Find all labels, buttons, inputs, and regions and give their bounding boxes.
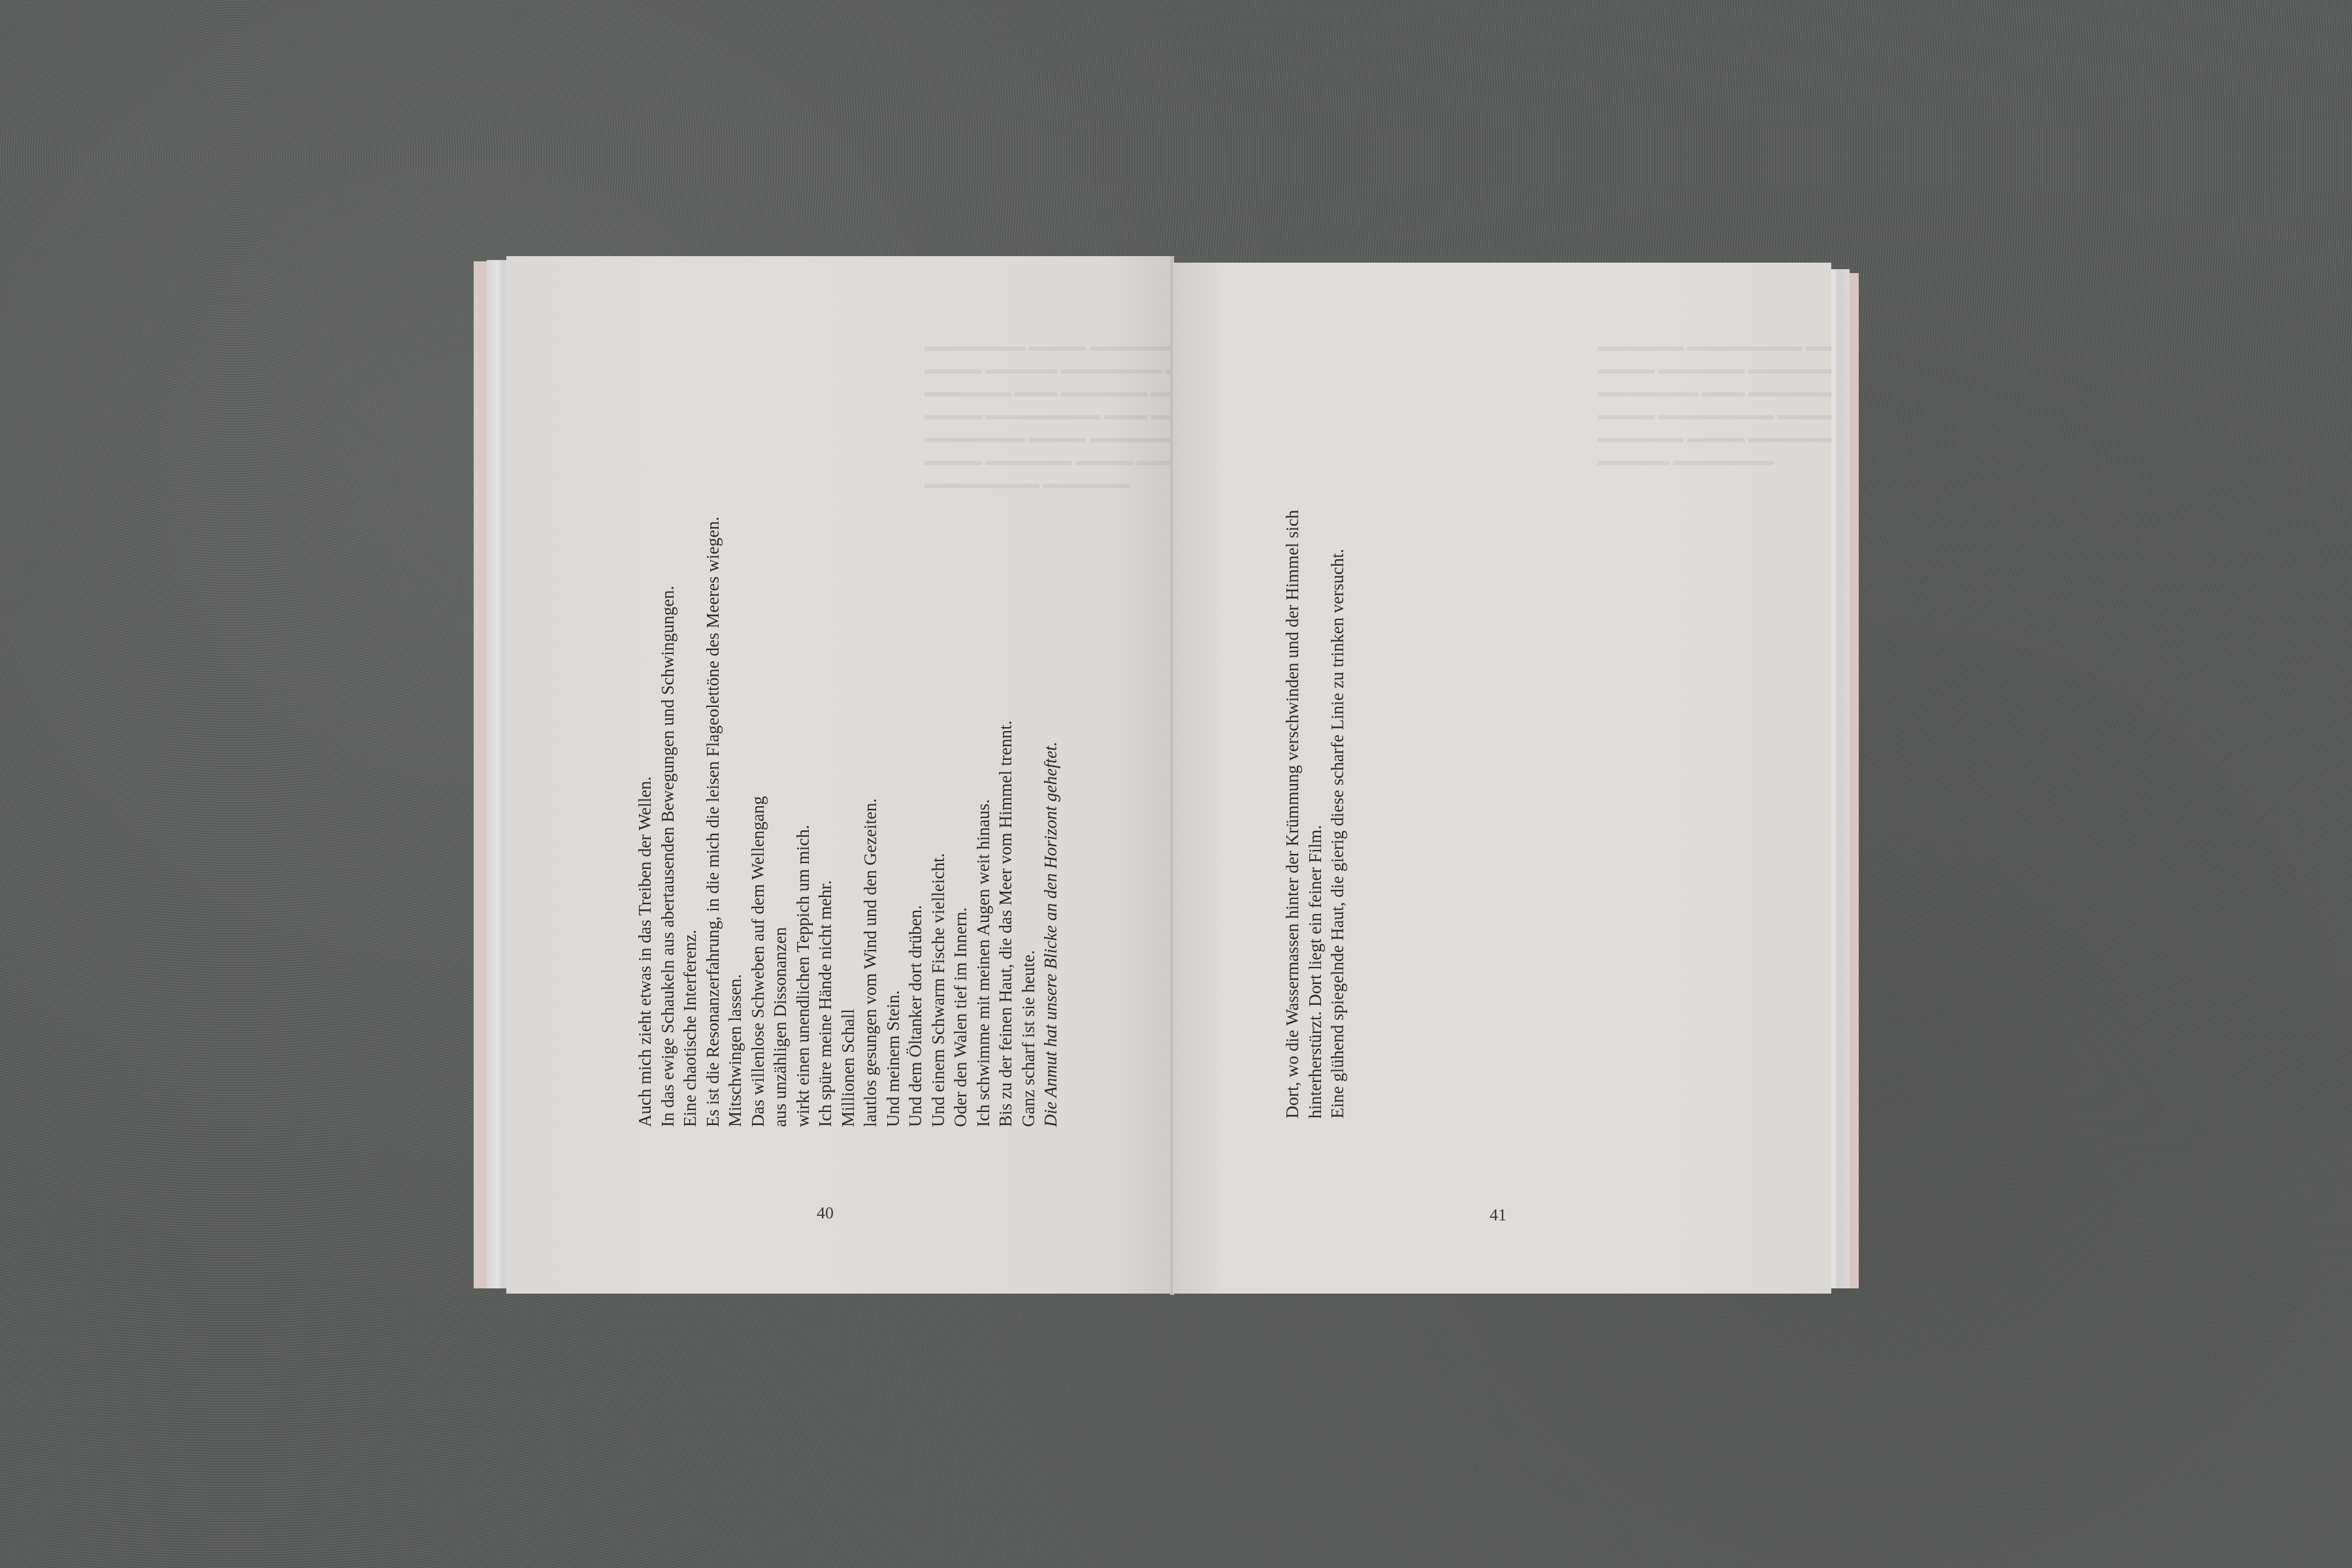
- poem-line: Bis zu der feinen Haut, die das Meer vom…: [994, 517, 1017, 1127]
- prose-text-right: Dort, wo die Wassermassen hinter der Krü…: [1281, 510, 1349, 1119]
- poem-line: Eine chaotische Interferenz.: [679, 517, 702, 1127]
- poem-line: wirkt einen unendlichen Teppich um mich.: [792, 517, 815, 1127]
- poem-line: Ich spüre meine Hände nicht mehr.: [814, 517, 837, 1127]
- poem-text-left: Auch mich zieht etwas in das Treiben der…: [634, 517, 1062, 1127]
- bleed-through-text: ▬▬▬▬▬▬▬ ▬▬▬▬ ▬▬▬▬▬▬▬ ▬▬▬ ▬▬▬▬ ▬▬▬▬▬ ▬▬▬▬…: [924, 335, 1173, 495]
- poem-line: aus unzähligen Dissonanzen: [769, 517, 792, 1127]
- poem-line: Und dem Öltanker dort drüben.: [904, 517, 927, 1127]
- bleed-through-text: ▬▬▬▬▬▬ ▬▬▬▬▬▬▬▬ ▬▬▬▬▬▬ ▬▬▬▬ ▬▬▬▬▬▬ ▬▬▬▬▬…: [1597, 335, 1831, 472]
- poem-line: Das willenlose Schweben auf dem Wellenga…: [747, 517, 770, 1127]
- poem-line: Und meinem Stein.: [882, 517, 905, 1127]
- poem-line: Ich schwimme mit meinen Augen weit hinau…: [972, 517, 995, 1127]
- page-number-right: 41: [1490, 1205, 1507, 1225]
- poem-line: lautlos gesungen vom Wind und den Gezeit…: [859, 517, 882, 1127]
- prose-line: Dort, wo die Wassermassen hinter der Krü…: [1281, 510, 1304, 1119]
- open-book: ▬▬▬▬▬▬▬ ▬▬▬▬ ▬▬▬▬▬▬▬ ▬▬▬ ▬▬▬▬ ▬▬▬▬▬ ▬▬▬▬…: [474, 256, 1859, 1295]
- poem-line: Mitschwingen lassen.: [724, 517, 747, 1127]
- poem-line: Und einem Schwarm Fische vielleicht.: [927, 517, 950, 1127]
- poem-line: Auch mich zieht etwas in das Treiben der…: [634, 517, 657, 1127]
- poem-line: Millionen Schall: [837, 517, 860, 1127]
- poem-line: Ganz scharf ist sie heute.: [1017, 517, 1040, 1127]
- prose-line: Eine glühend spiegelnde Haut, die gierig…: [1326, 510, 1349, 1119]
- page-number-left: 40: [817, 1203, 834, 1223]
- poem-line: In das ewige Schaukeln aus abertausenden…: [657, 517, 679, 1127]
- poem-line-italic: Die Anmut hat unsere Blicke an den Horiz…: [1039, 517, 1062, 1127]
- left-page: ▬▬▬▬▬▬▬ ▬▬▬▬ ▬▬▬▬▬▬▬ ▬▬▬ ▬▬▬▬ ▬▬▬▬▬ ▬▬▬▬…: [506, 256, 1173, 1294]
- poem-line: Es ist die Resonanzerfahrung, in die mic…: [702, 517, 725, 1127]
- poem-line: Oder den Walen tief im Innern.: [949, 517, 972, 1127]
- right-page: ▬▬▬▬▬▬ ▬▬▬▬▬▬▬▬ ▬▬▬▬▬▬ ▬▬▬▬ ▬▬▬▬▬▬ ▬▬▬▬▬…: [1173, 263, 1831, 1294]
- prose-line: hinterherstürzt. Dort liegt ein feiner F…: [1304, 510, 1327, 1119]
